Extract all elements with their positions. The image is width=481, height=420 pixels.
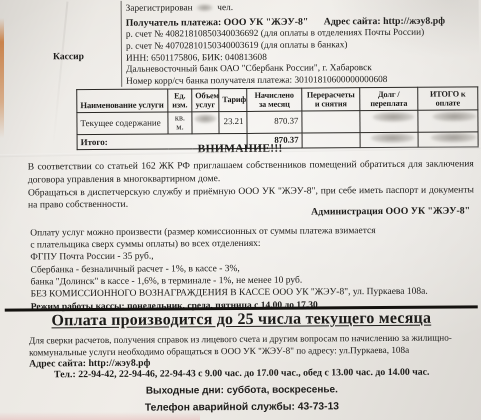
attention-title: ВНИМАНИЕ!!! [0,141,481,156]
form-divider-line [121,1,123,87]
payee-header-block: Зарегистрирован чел. Получатель платежа:… [126,0,478,1]
bank-line: Дальневосточный банк ОАО "Сбербанк Росси… [126,63,372,76]
cell-total [418,110,478,132]
col-header-total: ИТОГО к оплате [418,87,478,110]
col-header-accrued: Начислено за месяц [247,88,302,111]
col-header-debt: Долг / переплата [360,87,418,110]
cell-unit: кв. м. [168,112,192,134]
payment-deadline-title: Оплата производится до 25 числа текущего… [1,309,481,330]
redaction-smudge [194,114,216,123]
payment-intro: Оплату услуг можно произвести (размер ко… [30,225,376,252]
payee-line: Получатель платежа: ООО УК "ЖЭУ-8" [126,17,309,29]
attention-paragraph-1: В соответствии со статьей 162 ЖК РФ приг… [28,158,474,187]
paper-content: Кассир Зарегистрирован чел. Получатель п… [0,0,481,420]
footer-phones-line: Тел.: 22-94-42, 22-94-46, 22-94-43 с 9.0… [1,366,481,380]
charges-table: Наименование услуги Ед. изм. Объем услуг… [76,86,478,150]
col-header-recalc: Перерасчеты и снятия [302,88,360,111]
registered-suffix: чел. [217,3,233,13]
payment-options-block: Оплату услуг можно произвести (размер ко… [30,225,428,314]
receipt-photo: Кассир Зарегистрирован чел. Получатель п… [0,0,481,420]
registered-prefix: Зарегистрирован [126,3,193,13]
emergency-phone-line: Телефон аварийной службы: 43-73-13 [1,400,481,414]
administration-signature: Администрация ООО УК "ЖЭУ-8" [0,205,470,219]
cell-accrued: 870.37 [247,111,302,133]
col-header-volume: Объем услуг [192,89,219,112]
account-post-line: р. счет № 40821810850340036692 (для опла… [126,28,424,41]
footer-info-paragraph: Для сверки расчетов, получения справок и… [29,332,481,358]
cashier-label: Кассир [53,51,84,62]
col-header-unit: Ед. изм. [168,89,192,112]
account-bank-line: р. счет № 40702810150340003619 (для опла… [126,40,348,53]
footer-site-line: Адрес сайта: http://жэу8.рф [29,358,150,370]
redaction-smudge [372,112,414,122]
redaction-smudge [197,5,213,12]
cell-debt [360,110,418,132]
cell-volume [192,112,219,134]
col-header-service: Наименование услуги [77,89,168,113]
redaction-smudge [432,111,476,121]
paper-crease [52,2,69,151]
weekend-days-line: Выходные дни: суббота, воскресенье. [1,383,481,397]
registered-line: Зарегистрирован чел. [126,3,233,15]
cell-recalc [302,111,360,133]
table-row: Текущее содержание кв. м. 23.21 870.37 [77,110,478,135]
col-header-tariff: Тариф [219,88,247,111]
site-line: Адрес сайта: http://жэу8.рф [324,16,445,28]
cell-service-name: Текущее содержание [77,112,168,134]
cell-tariff: 23.21 [219,111,247,133]
corr-account-line: Номер корр/сч банка получателя платежа: … [126,75,387,88]
attention-paragraphs: В соответствии со статьей 162 ЖК РФ приг… [28,158,474,212]
